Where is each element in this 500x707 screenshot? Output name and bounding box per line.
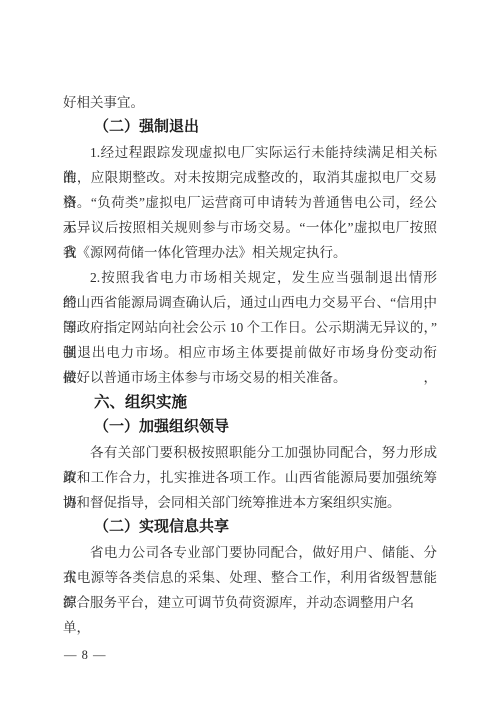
body-line: 综合服务平台，建立可调节负荷资源库，并动态调整用户名单，	[63, 590, 437, 615]
section-heading-secondary: （二）强制退出	[63, 115, 437, 140]
section-heading-secondary: （一）加强组织领导	[63, 415, 437, 440]
section-heading-primary: 六、组织实施	[63, 390, 437, 415]
body-line: 制退出电力市场。相应市场主体要提前做好市场身份变动衔接，	[63, 340, 437, 365]
body-line: 等政府指定网站向社会公示 10 个工作日。公示期满无异议的，强	[63, 315, 437, 340]
body-line: 策和工作合力，扎实推进各项工作。山西省能源局要加强统筹协	[63, 465, 437, 490]
body-line: 格。“负荷类”虚拟电厂运营商可申请转为普通售电公司，经公示	[63, 190, 437, 215]
body-line: 1.经过程跟踪发现虚拟电厂实际运行未能持续满足相关标准	[63, 140, 437, 165]
document-page: 好相关事宜。 （二）强制退出 1.经过程跟踪发现虚拟电厂实际运行未能持续满足相关…	[0, 0, 500, 707]
body-line: 无异议后按照相关规则参与市场交易。“一体化”虚拟电厂按照我	[63, 215, 437, 240]
section-heading-secondary: （二）实现信息共享	[63, 515, 437, 540]
body-line: 经山西省能源局调查确认后，通过山西电力交易平台、“信用中国”	[63, 290, 437, 315]
document-body: 好相关事宜。 （二）强制退出 1.经过程跟踪发现虚拟电厂实际运行未能持续满足相关…	[63, 90, 437, 615]
body-line: 式电源等各类信息的采集、处理、整合工作，利用省级智慧能源	[63, 565, 437, 590]
page-number: — 8 —	[64, 646, 107, 664]
body-line: 各有关部门要积极按照职能分工加强协同配合，努力形成政	[63, 440, 437, 465]
body-line: 的，应限期整改。对未按期完成整改的，取消其虚拟电厂交易资	[63, 165, 437, 190]
body-line: 2.按照我省电力市场相关规定，发生应当强制退出情形的，	[63, 265, 437, 290]
body-line: 省《源网荷储一体化管理办法》相关规定执行。	[63, 240, 437, 265]
body-line: 省电力公司各专业部门要协同配合，做好用户、储能、分布	[63, 540, 437, 565]
paragraph-continuation-line: 好相关事宜。	[63, 90, 437, 115]
body-line: 调和督促指导，会同相关部门统筹推进本方案组织实施。	[63, 490, 437, 515]
